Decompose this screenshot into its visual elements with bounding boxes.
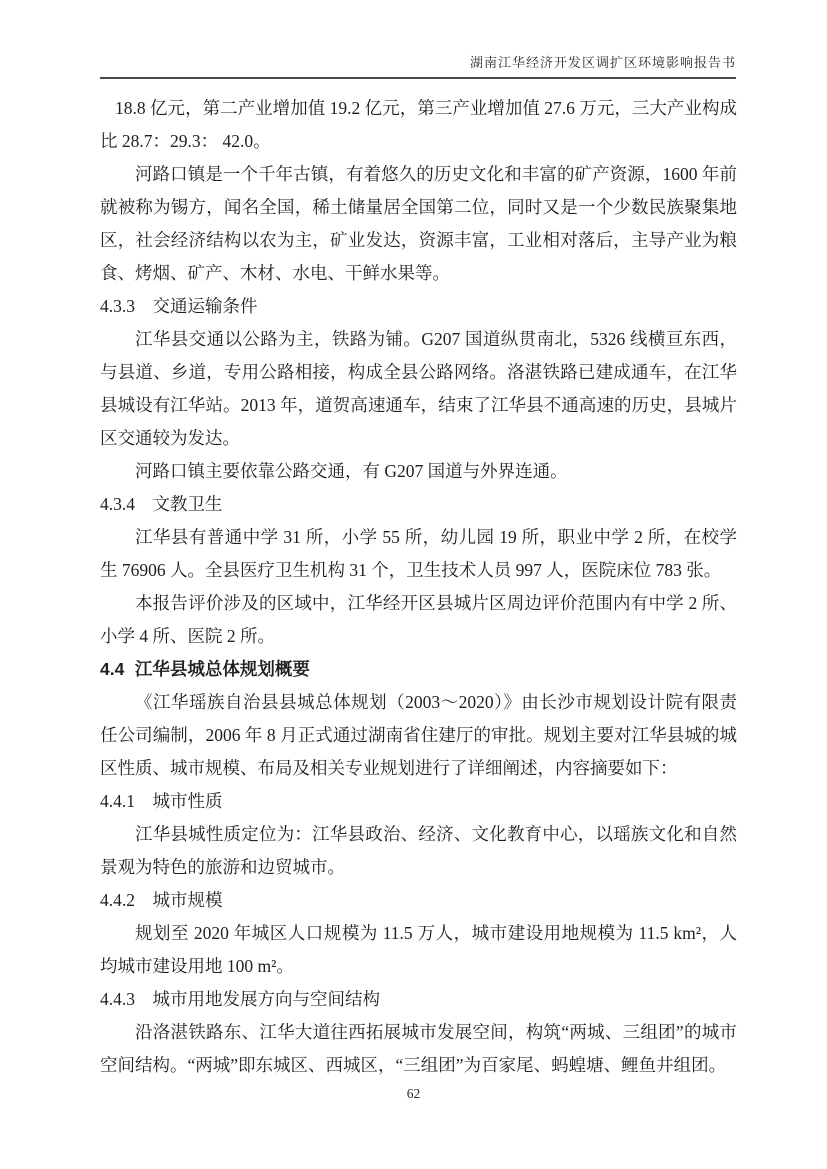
heading-title: 交通运输条件	[153, 296, 258, 316]
heading-number: 4.4	[100, 659, 124, 679]
heading-title: 城市性质	[153, 791, 223, 811]
heading-title: 文教卫生	[153, 494, 223, 514]
heading-4-4: 4.4江华县城总体规划概要	[100, 653, 737, 686]
header-title: 湖南江华经济开发区调扩区环境影响报告书	[470, 56, 736, 77]
page-header: 湖南江华经济开发区调扩区环境影响报告书	[100, 0, 736, 77]
heading-title: 城市用地发展方向与空间结构	[153, 989, 381, 1009]
document-body: 18.8 亿元，第二产业增加值 19.2 亿元，第三产业增加值 27.6 万元，…	[100, 92, 737, 1082]
paragraph: 江华县交通以公路为主，铁路为铺。G207 国道纵贯南北，5326 线横亘东西，与…	[100, 323, 737, 455]
report-page: 湖南江华经济开发区调扩区环境影响报告书 18.8 亿元，第二产业增加值 19.2…	[0, 0, 827, 1169]
paragraph: 沿洛湛铁路东、江华大道往西拓展城市发展空间，构筑“两城、三组团”的城市空间结构。…	[100, 1016, 737, 1082]
paragraph: 《江华瑶族自治县县城总体规划（2003～2020）》由长沙市规划设计院有限责任公…	[100, 686, 737, 785]
page-footer: 62	[0, 1086, 827, 1102]
heading-number: 4.4.3	[100, 989, 135, 1009]
page-number: 62	[407, 1086, 421, 1101]
heading-4-4-3: 4.4.3城市用地发展方向与空间结构	[100, 983, 737, 1016]
heading-4-4-2: 4.4.2城市规模	[100, 884, 737, 917]
paragraph: 江华县有普通中学 31 所，小学 55 所，幼儿园 19 所，职业中学 2 所，…	[100, 521, 737, 587]
heading-number: 4.3.4	[100, 494, 135, 514]
paragraph: 规划至 2020 年城区人口规模为 11.5 万人，城市建设用地规模为 11.5…	[100, 917, 737, 983]
paragraph: 18.8 亿元，第二产业增加值 19.2 亿元，第三产业增加值 27.6 万元，…	[100, 92, 737, 158]
heading-4-4-1: 4.4.1城市性质	[100, 785, 737, 818]
heading-number: 4.4.2	[100, 890, 135, 910]
paragraph: 江华县城性质定位为：江华县政治、经济、文化教育中心，以瑶族文化和自然景观为特色的…	[100, 818, 737, 884]
heading-number: 4.4.1	[100, 791, 135, 811]
heading-4-3-3: 4.3.3交通运输条件	[100, 290, 737, 323]
heading-number: 4.3.3	[100, 296, 135, 316]
paragraph: 河路口镇是一个千年古镇，有着悠久的历史文化和丰富的矿产资源，1600 年前就被称…	[100, 158, 737, 290]
heading-4-3-4: 4.3.4文教卫生	[100, 488, 737, 521]
header-rule-divider	[100, 77, 736, 79]
paragraph: 本报告评价涉及的区域中，江华经开区县城片区周边评价范围内有中学 2 所、小学 4…	[100, 587, 737, 653]
paragraph: 河路口镇主要依靠公路交通，有 G207 国道与外界连通。	[100, 455, 737, 488]
heading-title: 江华县城总体规划概要	[135, 659, 310, 679]
heading-title: 城市规模	[153, 890, 223, 910]
